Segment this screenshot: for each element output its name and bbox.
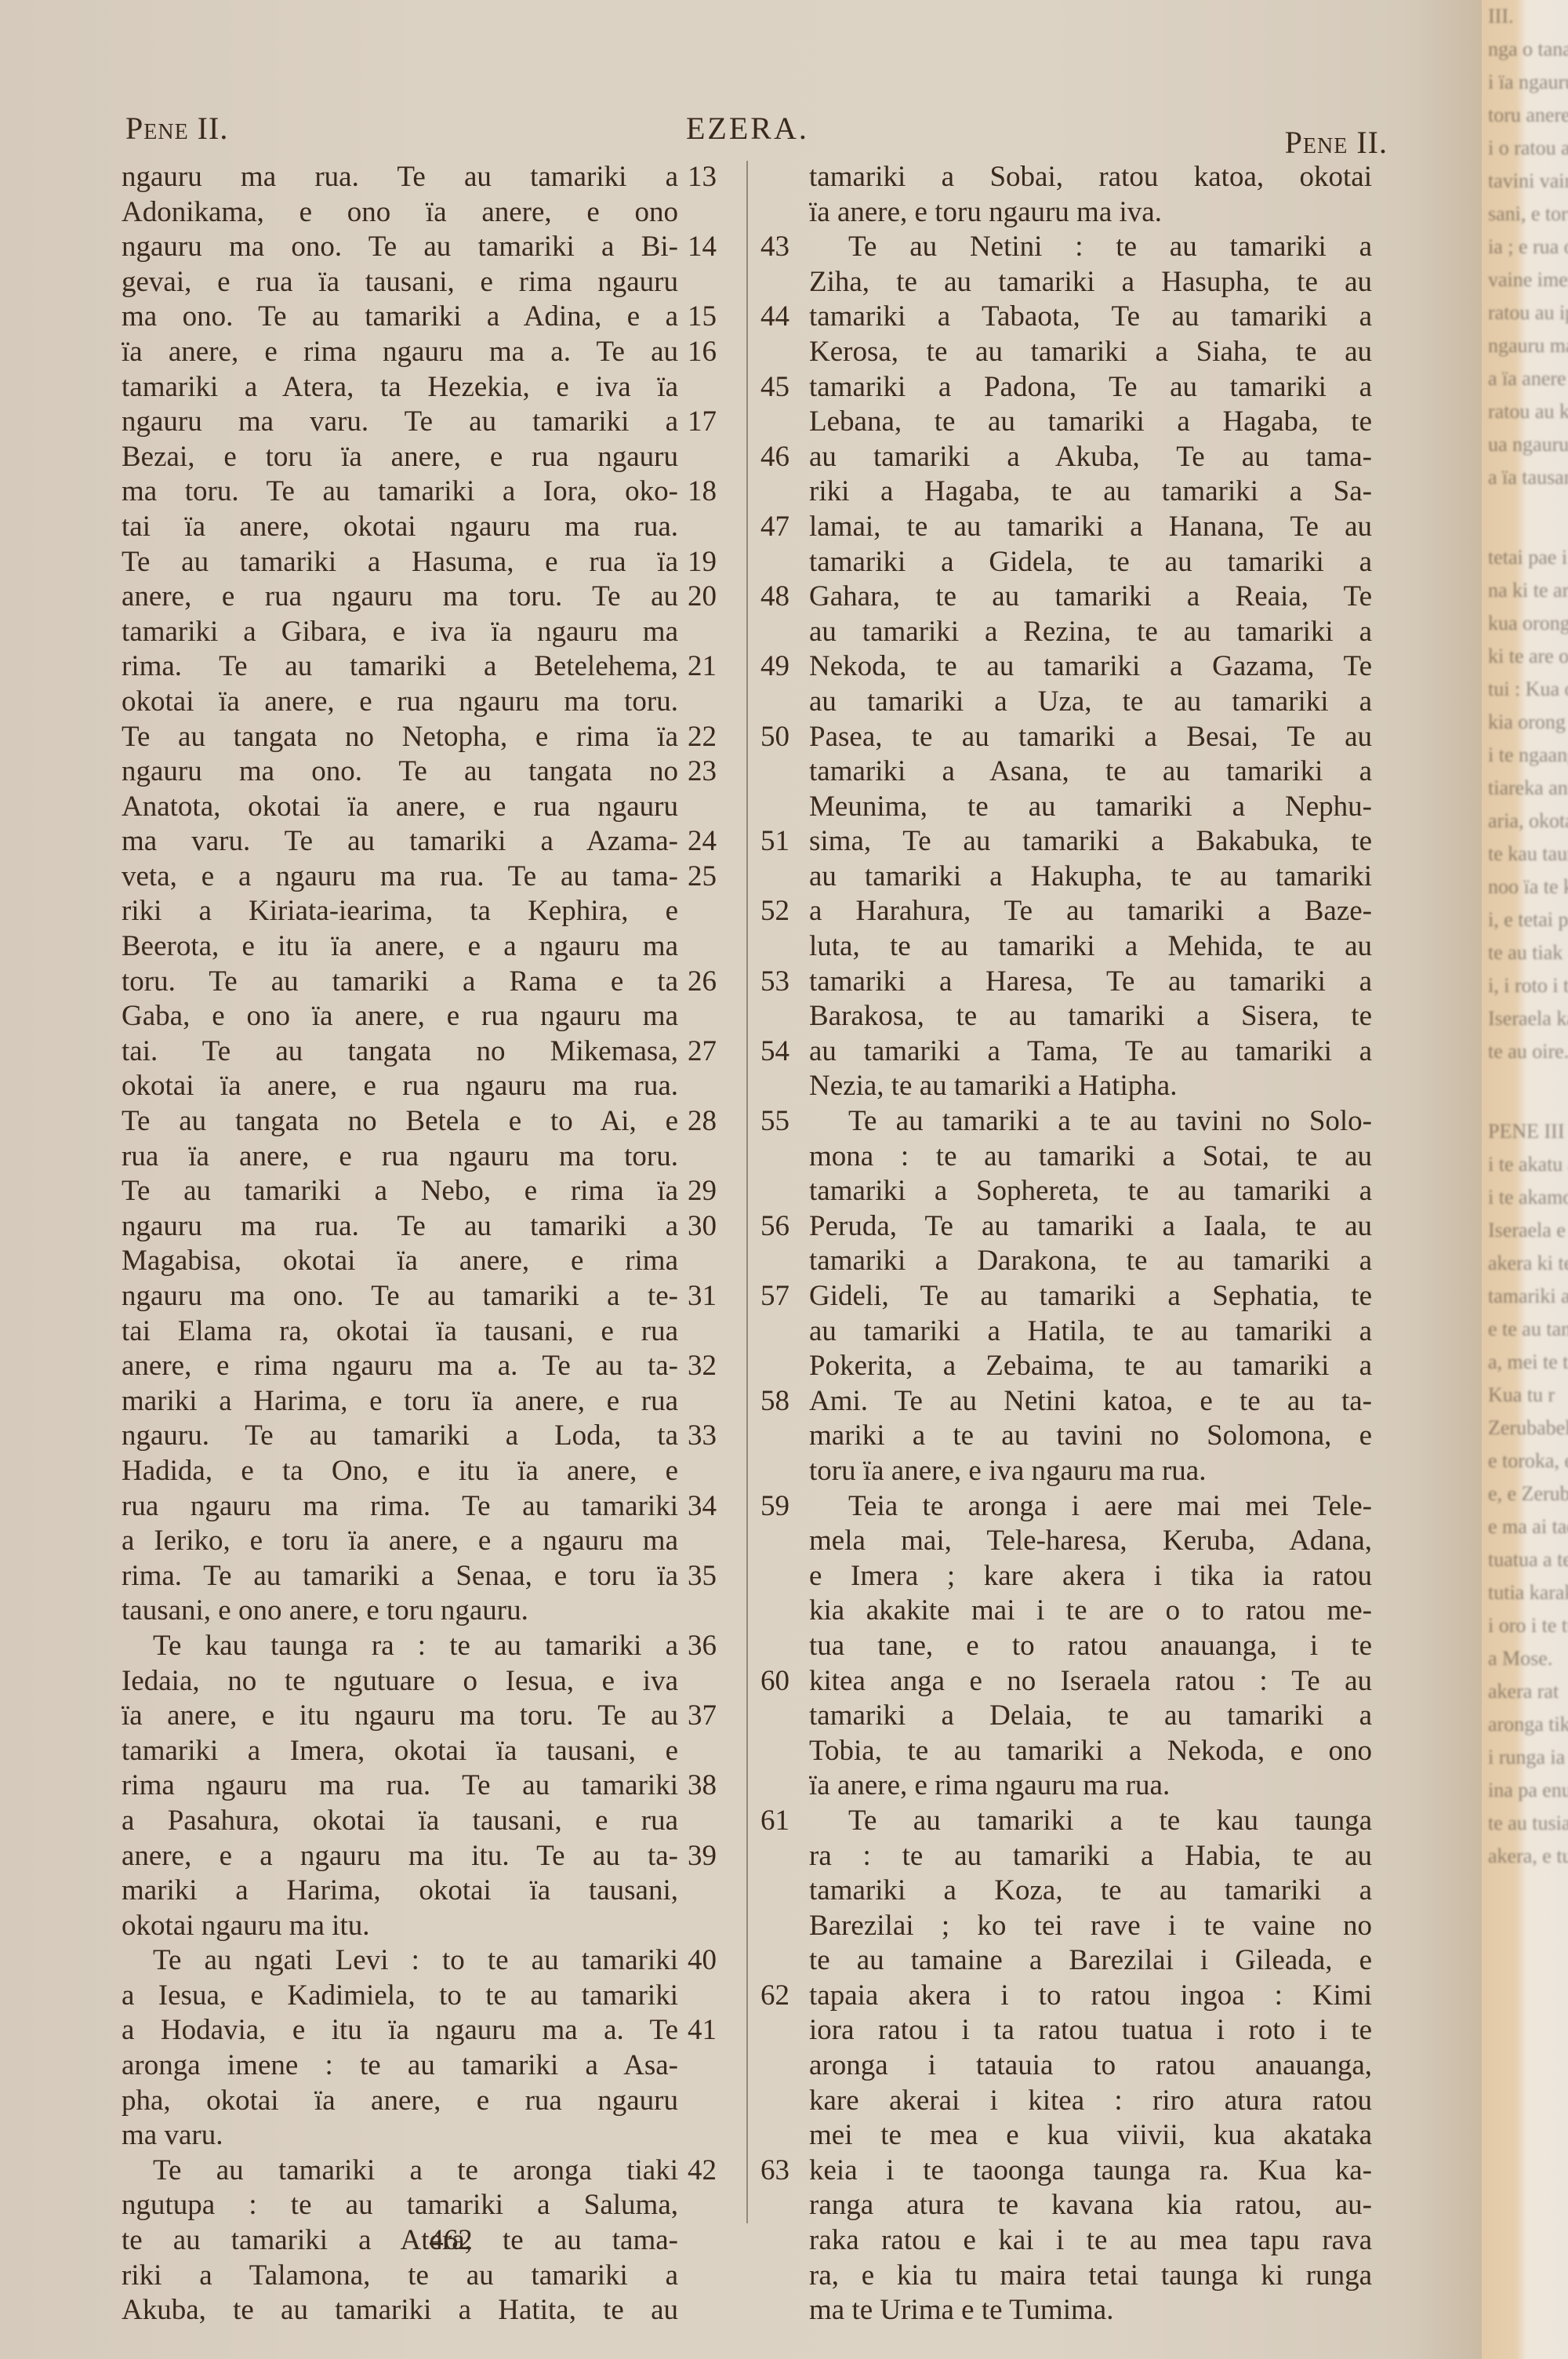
text-line: mariki a te au tavini no Solomona, e bbox=[760, 1419, 1372, 1454]
line-text: aronga i tatauia to ratou anauanga, bbox=[809, 2048, 1372, 2084]
text-line: mela mai, Tele-haresa, Keruba, Adana, bbox=[760, 1524, 1372, 1559]
adjacent-page-fragment: kua oronga bbox=[1488, 607, 1568, 640]
line-text: ngauru ma rua. Te au tamariki a bbox=[122, 1209, 678, 1245]
text-line: ngauru ma ono. Te au tamariki a Bi-14 bbox=[122, 230, 733, 265]
adjacent-page-fragment: i te akatu ang bbox=[1488, 1148, 1568, 1181]
verse-number: 42 bbox=[688, 2154, 735, 2189]
verse-number: 43 bbox=[760, 230, 808, 265]
text-line: au tamariki a Hatila, te au tamariki a bbox=[760, 1314, 1372, 1350]
book-title: EZERA. bbox=[686, 110, 809, 147]
adjacent-page-fragment: sani, e toru an bbox=[1488, 198, 1568, 231]
text-line: tamariki a Darakona, te au tamariki a bbox=[760, 1244, 1372, 1279]
adjacent-page-fragment bbox=[1488, 1068, 1568, 1115]
line-text: ngauru ma ono. Te au tangata no bbox=[122, 754, 678, 790]
verse-number: 52 bbox=[760, 894, 808, 929]
line-text: Te au tamariki a te aronga tiaki bbox=[122, 2154, 678, 2189]
adjacent-page-fragment: akera ki te it bbox=[1488, 1247, 1568, 1280]
text-line: 48Gahara, te au tamariki a Reaia, Te bbox=[760, 580, 1372, 615]
line-text: Te au tamariki a te au tavini no Solo- bbox=[809, 1104, 1372, 1140]
text-line: Akuba, te au tamariki a Hatita, te au bbox=[122, 2293, 733, 2328]
line-text: Bezai, e toru ïa anere, e rua ngauru bbox=[122, 440, 678, 475]
text-line: gevai, e rua ïa tausani, e rima ngauru bbox=[122, 265, 733, 300]
text-line: 58Ami. Te au Netini katoa, e te au ta- bbox=[760, 1384, 1372, 1419]
text-line: tamariki a Gidela, te au tamariki a bbox=[760, 545, 1372, 580]
line-text: Te au tamariki a Hasuma, e rua ïa bbox=[122, 545, 678, 580]
verse-number: 23 bbox=[688, 754, 735, 790]
line-text: a Harahura, Te au tamariki a Baze- bbox=[809, 894, 1372, 929]
line-text: Te au Netini : te au tamariki a bbox=[809, 230, 1372, 265]
text-line: te au tamaine a Barezilai i Gileada, e bbox=[760, 1943, 1372, 1979]
line-text: tamariki a Sophereta, te au tamariki a bbox=[809, 1174, 1372, 1209]
line-text: Hadida, e ta Ono, e itu ïa anere, e bbox=[122, 1454, 678, 1489]
adjacent-page-fragment: kia orong bbox=[1488, 706, 1568, 739]
line-text: Tobia, te au tamariki a Nekoda, e ono bbox=[809, 1734, 1372, 1769]
text-line: tai Elama ra, okotai ïa tausani, e rua bbox=[122, 1314, 733, 1350]
text-line: Ziha, te au tamariki a Hasupha, te au bbox=[760, 265, 1372, 300]
adjacent-page-fragment: vaine imene, i r bbox=[1488, 264, 1568, 296]
text-line: Magabisa, okotai ïa anere, e rima bbox=[122, 1244, 733, 1279]
text-line: anere, e a ngauru ma itu. Te au ta-39 bbox=[122, 1839, 733, 1874]
verse-number: 39 bbox=[688, 1839, 735, 1874]
text-line: ngutupa : te au tamariki a Saluma, bbox=[122, 2188, 733, 2223]
line-text: tamariki a Darakona, te au tamariki a bbox=[809, 1244, 1372, 1279]
line-text: tai. Te au tangata no Mikemasa, bbox=[122, 1034, 678, 1070]
verse-number: 15 bbox=[688, 300, 735, 335]
verse-number: 20 bbox=[688, 580, 735, 615]
line-text: raka ratou e kai i te au mea tapu rava bbox=[809, 2223, 1372, 2259]
line-text: Gaba, e ono ïa anere, e rua ngauru ma bbox=[122, 999, 678, 1034]
adjacent-page-fragment: ina pa enua bbox=[1488, 1774, 1568, 1807]
adjacent-page-fragment: Iseraela e te o bbox=[1488, 1214, 1568, 1247]
text-line: tai. Te au tangata no Mikemasa,27 bbox=[122, 1034, 733, 1070]
line-text: tai Elama ra, okotai ïa tausani, e rua bbox=[122, 1314, 678, 1350]
text-line: aronga imene : te au tamariki a Asa- bbox=[122, 2048, 733, 2084]
verse-number: 44 bbox=[760, 300, 808, 335]
verse-number: 62 bbox=[760, 1979, 808, 2014]
verse-number: 30 bbox=[688, 1209, 735, 1245]
adjacent-page-fragment: noo ïa te kau ta bbox=[1488, 871, 1568, 903]
verse-number: 57 bbox=[760, 1279, 808, 1314]
text-line: Te kau taunga ra : te au tamariki a36 bbox=[122, 1629, 733, 1664]
text-line: mariki a Harima, okotai ïa tausani, bbox=[122, 1874, 733, 1909]
adjacent-page-fragment: e, e Zerubabe bbox=[1488, 1478, 1568, 1510]
text-line: okotai ïa anere, e rua ngauru ma rua. bbox=[122, 1069, 733, 1104]
line-text: a Ieriko, e toru ïa anere, e a ngauru ma bbox=[122, 1524, 678, 1559]
text-line: ma te Urima e te Tumima. bbox=[760, 2293, 1372, 2328]
adjacent-page-fragment: akera rat bbox=[1488, 1675, 1568, 1708]
book-page: Pene II. EZERA. Pene II. ngauru ma rua. … bbox=[0, 0, 1490, 2359]
adjacent-page-fragment: na ki te are bbox=[1488, 574, 1568, 607]
line-text: luta, te au tamariki a Mehida, te au bbox=[809, 929, 1372, 965]
line-text: ïa anere, e rima ngauru ma rua. bbox=[809, 1768, 1372, 1804]
adjacent-page-fragment: ratou au kam bbox=[1488, 395, 1568, 428]
line-text: a Pasahura, okotai ïa tausani, e rua bbox=[122, 1804, 678, 1839]
text-line: ra, e kia tu maira tetai taunga ki runga bbox=[760, 2259, 1372, 2294]
line-text: ïa anere, e itu ngauru ma toru. Te au bbox=[122, 1699, 678, 1734]
chapter-heading-left: Pene II. bbox=[125, 110, 228, 147]
text-line: ma varu. Te au tamariki a Azama-24 bbox=[122, 824, 733, 860]
text-line: 53tamariki a Haresa, Te au tamariki a bbox=[760, 965, 1372, 1000]
text-line: Meunima, te au tamariki a Nephu- bbox=[760, 790, 1372, 825]
line-text: au tamariki a Akuba, Te au tama- bbox=[809, 440, 1372, 475]
text-line: Te au tamariki a Nebo, e rima ïa29 bbox=[122, 1174, 733, 1209]
line-text: Akuba, te au tamariki a Hatita, te au bbox=[122, 2293, 678, 2328]
text-line: raka ratou e kai i te au mea tapu rava bbox=[760, 2223, 1372, 2259]
text-line: 56Peruda, Te au tamariki a Iaala, te au bbox=[760, 1209, 1372, 1245]
adjacent-page-text: III.nga o tana ui ïa ngauru mtoru anere,… bbox=[1488, 0, 1568, 2359]
adjacent-page-fragment: tamariki a I bbox=[1488, 1280, 1568, 1313]
adjacent-page-fragment: ratou au ipo ra, e bbox=[1488, 296, 1568, 329]
text-line: Te au tangata no Netopha, e rima ïa22 bbox=[122, 720, 733, 755]
adjacent-page-fragment: i o ratou au t bbox=[1488, 132, 1568, 165]
adjacent-page-fragment: a, mei te ta bbox=[1488, 1346, 1568, 1379]
text-line: riki a Kiriata-iearima, ta Kephira, e bbox=[122, 894, 733, 929]
line-text: te au tamaine a Barezilai i Gileada, e bbox=[809, 1943, 1372, 1979]
line-text: keia i te taoonga taunga ra. Kua ka- bbox=[809, 2154, 1372, 2189]
text-line: a Iesua, e Kadimiela, to te au tamariki bbox=[122, 1979, 733, 2014]
text-line: Pokerita, a Zebaima, te au tamariki a bbox=[760, 1349, 1372, 1384]
text-line: 47lamai, te au tamariki a Hanana, Te au bbox=[760, 510, 1372, 545]
adjacent-page-fragment: ki te are o te Atua bbox=[1488, 640, 1568, 673]
verse-number: 61 bbox=[760, 1804, 808, 1839]
text-line: riki a Hagaba, te au tamariki a Sa- bbox=[760, 474, 1372, 510]
text-line: 60kitea anga e no Iseraela ratou : Te au bbox=[760, 1664, 1372, 1699]
text-line: tai ïa anere, okotai ngauru ma rua. bbox=[122, 510, 733, 545]
line-text: Pasea, te au tamariki a Besai, Te au bbox=[809, 720, 1372, 755]
line-text: mela mai, Tele-haresa, Keruba, Adana, bbox=[809, 1524, 1372, 1559]
adjacent-page-fragment: tui : Kua orong bbox=[1488, 673, 1568, 706]
text-line: a Pasahura, okotai ïa tausani, e rua bbox=[122, 1804, 733, 1839]
adjacent-page-fragment: a Mose. bbox=[1488, 1642, 1568, 1675]
line-text: tapaia akera i to ratou ingoa : Kimi bbox=[809, 1979, 1372, 2014]
text-line: Tobia, te au tamariki a Nekoda, e ono bbox=[760, 1734, 1372, 1769]
line-text: Barakosa, te au tamariki a Sisera, te bbox=[809, 999, 1372, 1034]
text-line: veta, e a ngauru ma rua. Te au tama-25 bbox=[122, 860, 733, 895]
text-line: rima. Te au tamariki a Betelehema,21 bbox=[122, 649, 733, 685]
text-line: riki a Talamona, te au tamariki a bbox=[122, 2259, 733, 2294]
right-text-column: tamariki a Sobai, ratou katoa, okotaiïa … bbox=[760, 160, 1372, 2328]
adjacent-page-fragment: te kau taunga. bbox=[1488, 838, 1568, 871]
text-line: Te au tangata no Betela e to Ai, e28 bbox=[122, 1104, 733, 1140]
adjacent-page-fragment bbox=[1488, 494, 1568, 541]
text-line: mei te mea e kua viivii, kua akataka bbox=[760, 2118, 1372, 2154]
verse-number: 38 bbox=[688, 1768, 735, 1804]
line-text: Gideli, Te au tamariki a Sephatia, te bbox=[809, 1279, 1372, 1314]
line-text: rima ngauru ma rua. Te au tamariki bbox=[122, 1768, 678, 1804]
verse-number: 31 bbox=[688, 1279, 735, 1314]
text-line: 46au tamariki a Akuba, Te au tama- bbox=[760, 440, 1372, 475]
line-text: kia akakite mai i te are o to ratou me- bbox=[809, 1594, 1372, 1629]
line-text: pha, okotai ïa anere, e rua ngauru bbox=[122, 2084, 678, 2119]
line-text: Lebana, te au tamariki a Hagaba, te bbox=[809, 405, 1372, 440]
verse-number: 13 bbox=[688, 160, 735, 195]
verse-number: 32 bbox=[688, 1349, 735, 1384]
column-divider bbox=[746, 161, 748, 2223]
text-line: rua ïa anere, e rua ngauru ma toru. bbox=[122, 1140, 733, 1175]
text-line: ma ono. Te au tamariki a Adina, e a15 bbox=[122, 300, 733, 335]
text-line: ïa anere, e itu ngauru ma toru. Te au37 bbox=[122, 1699, 733, 1734]
text-line: a Ieriko, e toru ïa anere, e a ngauru ma bbox=[122, 1524, 733, 1559]
text-line: rima ngauru ma rua. Te au tamariki38 bbox=[122, 1768, 733, 1804]
text-line: Anatota, okotai ïa anere, e rua ngauru bbox=[122, 790, 733, 825]
line-text: mei te mea e kua viivii, kua akataka bbox=[809, 2118, 1372, 2154]
line-text: ma ono. Te au tamariki a Adina, e a bbox=[122, 300, 678, 335]
line-text: Ziha, te au tamariki a Hasupha, te au bbox=[809, 265, 1372, 300]
text-line: tamariki a Imera, okotai ïa tausani, e bbox=[122, 1734, 733, 1769]
line-text: tamariki a Asana, te au tamariki a bbox=[809, 754, 1372, 790]
adjacent-page-fragment: ia ; e rua ok bbox=[1488, 231, 1568, 264]
line-text: mariki a Harima, okotai ïa tausani, bbox=[122, 1874, 678, 1909]
text-line: Te au tamariki a te aronga tiaki42 bbox=[122, 2154, 733, 2189]
line-text: ngutupa : te au tamariki a Saluma, bbox=[122, 2188, 678, 2223]
line-text: toru ïa anere, e iva ngauru ma rua. bbox=[809, 1454, 1372, 1489]
text-line: ngauru ma varu. Te au tamariki a17 bbox=[122, 405, 733, 440]
line-text: ma varu. bbox=[122, 2118, 678, 2154]
text-line: okotai ïa anere, e rua ngauru ma toru. bbox=[122, 685, 733, 720]
text-line: tamariki a Gibara, e iva ïa ngauru ma bbox=[122, 615, 733, 650]
text-line: Nezia, te au tamariki a Hatipha. bbox=[760, 1069, 1372, 1104]
text-line: luta, te au tamariki a Mehida, te au bbox=[760, 929, 1372, 965]
text-line: au tamariki a Hakupha, te au tamariki bbox=[760, 860, 1372, 895]
line-text: te au tamariki a Atera, te au tama- bbox=[122, 2223, 678, 2259]
line-text: gevai, e rua ïa tausani, e rima ngauru bbox=[122, 265, 678, 300]
adjacent-page-fragment: tiareka anu bbox=[1488, 772, 1568, 805]
text-line: 43Te au Netini : te au tamariki a bbox=[760, 230, 1372, 265]
line-text: au tamariki a Hakupha, te au tamariki bbox=[809, 860, 1372, 895]
verse-number: 60 bbox=[760, 1664, 808, 1699]
adjacent-page-fragment: toru anere, e o bbox=[1488, 99, 1568, 132]
line-text: ranga atura te kavana kia ratou, au- bbox=[809, 2188, 1372, 2223]
verse-number: 19 bbox=[688, 545, 735, 580]
line-text: e Imera ; kare akera i tika ia ratou bbox=[809, 1559, 1372, 1594]
line-text: Iedaia, no te ngutuare o Iesua, e iva bbox=[122, 1664, 678, 1699]
adjacent-page-fragment: e ma ai taeal bbox=[1488, 1510, 1568, 1543]
line-text: mariki a te au tavini no Solomona, e bbox=[809, 1419, 1372, 1454]
line-text: Magabisa, okotai ïa anere, e rima bbox=[122, 1244, 678, 1279]
verse-number: 26 bbox=[688, 965, 735, 1000]
text-line: aronga i tatauia to ratou anauanga, bbox=[760, 2048, 1372, 2084]
adjacent-page-fragment: i, e tetai pae bbox=[1488, 903, 1568, 936]
text-line: Beerota, e itu ïa anere, e a ngauru ma bbox=[122, 929, 733, 965]
text-line: tamariki a Koza, te au tamariki a bbox=[760, 1874, 1372, 1909]
line-text: ngauru ma ono. Te au tamariki a Bi- bbox=[122, 230, 678, 265]
text-line: Iedaia, no te ngutuare o Iesua, e iva bbox=[122, 1664, 733, 1699]
line-text: tamariki a Padona, Te au tamariki a bbox=[809, 370, 1372, 405]
verse-number: 45 bbox=[760, 370, 808, 405]
left-text-column: ngauru ma rua. Te au tamariki a13Adonika… bbox=[122, 160, 733, 2328]
line-text: ngauru ma varu. Te au tamariki a bbox=[122, 405, 678, 440]
line-text: ngauru ma rua. Te au tamariki a bbox=[122, 160, 678, 195]
text-line: au tamariki a Rezina, te au tamariki a bbox=[760, 615, 1372, 650]
adjacent-page-fragment: ua ngauru ma bbox=[1488, 428, 1568, 461]
line-text: toru. Te au tamariki a Rama e ta bbox=[122, 965, 678, 1000]
text-line: iora ratou i ta ratou tuatua i roto i te bbox=[760, 2013, 1372, 2048]
text-line: rima. Te au tamariki a Senaa, e toru ïa3… bbox=[122, 1559, 733, 1594]
text-line: Kerosa, te au tamariki a Siaha, te au bbox=[760, 335, 1372, 370]
text-line: Barezilai ; ko tei rave i te vaine no bbox=[760, 1909, 1372, 1944]
text-line: ïa anere, e rima ngauru ma rua. bbox=[760, 1768, 1372, 1804]
text-line: tamariki a Atera, ta Hezekia, e iva ïa bbox=[122, 370, 733, 405]
line-text: Te au tamariki a te kau taunga bbox=[809, 1804, 1372, 1839]
adjacent-page-fragment: e te au tangat bbox=[1488, 1313, 1568, 1346]
running-head: Pene II. EZERA. Pene II. bbox=[125, 110, 1388, 157]
line-text: a Iesua, e Kadimiela, to te au tamariki bbox=[122, 1979, 678, 2014]
text-line: Te au tamariki a Hasuma, e rua ïa19 bbox=[122, 545, 733, 580]
line-text: Adonikama, e ono ïa anere, e ono bbox=[122, 195, 678, 231]
adjacent-page-fragment: aria, okotai bbox=[1488, 805, 1568, 838]
adjacent-page-fragment: i oro i te tur bbox=[1488, 1609, 1568, 1642]
adjacent-page-fragment: i te akamou a bbox=[1488, 1181, 1568, 1214]
text-line: 57Gideli, Te au tamariki a Sephatia, te bbox=[760, 1279, 1372, 1314]
verse-number: 41 bbox=[688, 2013, 735, 2048]
text-line: 55Te au tamariki a te au tavini no Solo- bbox=[760, 1104, 1372, 1140]
line-text: aronga imene : te au tamariki a Asa- bbox=[122, 2048, 678, 2084]
verse-number: 50 bbox=[760, 720, 808, 755]
text-line: 62tapaia akera i to ratou ingoa : Kimi bbox=[760, 1979, 1372, 2014]
verse-number: 58 bbox=[760, 1384, 808, 1419]
adjacent-page-fragment: Kua tu r bbox=[1488, 1379, 1568, 1412]
line-text: Gahara, te au tamariki a Reaia, Te bbox=[809, 580, 1372, 615]
line-text: au tamariki a Hatila, te au tamariki a bbox=[809, 1314, 1372, 1350]
verse-number: 28 bbox=[688, 1104, 735, 1140]
verse-number: 18 bbox=[688, 474, 735, 510]
text-line: tamariki a Sobai, ratou katoa, okotai bbox=[760, 160, 1372, 195]
verse-number: 46 bbox=[760, 440, 808, 475]
line-text: ma varu. Te au tamariki a Azama- bbox=[122, 824, 678, 860]
line-text: tamariki a Delaia, te au tamariki a bbox=[809, 1699, 1372, 1734]
adjacent-page-fragment: Zerubabel bbox=[1488, 1412, 1568, 1445]
line-text: ra : te au tamariki a Habia, te au bbox=[809, 1839, 1372, 1874]
line-text: mona : te au tamariki a Sotai, te au bbox=[809, 1140, 1372, 1175]
adjacent-page-fragment: aronga tika bbox=[1488, 1708, 1568, 1741]
line-text: ngauru. Te au tamariki a Loda, ta bbox=[122, 1419, 678, 1454]
text-line: ngauru ma ono. Te au tangata no23 bbox=[122, 754, 733, 790]
verse-number: 22 bbox=[688, 720, 735, 755]
text-line: 45tamariki a Padona, Te au tamariki a bbox=[760, 370, 1372, 405]
verse-number: 27 bbox=[688, 1034, 735, 1070]
verse-number: 53 bbox=[760, 965, 808, 1000]
line-text: okotai ïa anere, e rua ngauru ma rua. bbox=[122, 1069, 678, 1104]
line-text: Nekoda, te au tamariki a Gazama, Te bbox=[809, 649, 1372, 685]
line-text: Anatota, okotai ïa anere, e rua ngauru bbox=[122, 790, 678, 825]
verse-number: 33 bbox=[688, 1419, 735, 1454]
line-text: tamariki a Gidela, te au tamariki a bbox=[809, 545, 1372, 580]
text-line: anere, e rima ngauru ma a. Te au ta-32 bbox=[122, 1349, 733, 1384]
text-line: tausani, e ono anere, e toru ngauru. bbox=[122, 1594, 733, 1629]
text-line: ngauru ma rua. Te au tamariki a13 bbox=[122, 160, 733, 195]
adjacent-page-edge: III.nga o tana ui ïa ngauru mtoru anere,… bbox=[1482, 0, 1568, 2359]
text-line: ngauru. Te au tamariki a Loda, ta33 bbox=[122, 1419, 733, 1454]
verse-number: 63 bbox=[760, 2154, 808, 2189]
line-text: kitea anga e no Iseraela ratou : Te au bbox=[809, 1664, 1372, 1699]
text-line: mona : te au tamariki a Sotai, te au bbox=[760, 1140, 1372, 1175]
line-text: ra, e kia tu maira tetai taunga ki runga bbox=[809, 2259, 1372, 2294]
text-line: toru ïa anere, e iva ngauru ma rua. bbox=[760, 1454, 1372, 1489]
text-line: 61Te au tamariki a te kau taunga bbox=[760, 1804, 1372, 1839]
text-line: kia akakite mai i te are o to ratou me- bbox=[760, 1594, 1372, 1629]
verse-number: 25 bbox=[688, 860, 735, 895]
text-line: a Hodavia, e itu ïa ngauru ma a. Te41 bbox=[122, 2013, 733, 2048]
adjacent-page-fragment: i, i roto i to bbox=[1488, 969, 1568, 1002]
line-text: Ami. Te au Netini katoa, e te au ta- bbox=[809, 1384, 1372, 1419]
text-line: kare akerai i kitea : riro atura ratou bbox=[760, 2084, 1372, 2119]
line-text: sima, Te au tamariki a Bakabuka, te bbox=[809, 824, 1372, 860]
verse-number: 36 bbox=[688, 1629, 735, 1664]
adjacent-page-fragment: PENE III bbox=[1488, 1115, 1568, 1148]
adjacent-page-fragment: nga o tana u bbox=[1488, 33, 1568, 66]
text-line: ngauru ma rua. Te au tamariki a30 bbox=[122, 1209, 733, 1245]
line-text: Te au tangata no Netopha, e rima ïa bbox=[122, 720, 678, 755]
text-line: au tamariki a Uza, te au tamariki a bbox=[760, 685, 1372, 720]
line-text: anere, e rua ngauru ma toru. Te au bbox=[122, 580, 678, 615]
line-text: tamariki a Gibara, e iva ïa ngauru ma bbox=[122, 615, 678, 650]
line-text: tamariki a Tabaota, Te au tamariki a bbox=[809, 300, 1372, 335]
line-text: au tamariki a Rezina, te au tamariki a bbox=[809, 615, 1372, 650]
text-line: mariki a Harima, e toru ïa anere, e rua bbox=[122, 1384, 733, 1419]
line-text: rua ngauru ma rima. Te au tamariki bbox=[122, 1489, 678, 1525]
line-text: Peruda, Te au tamariki a Iaala, te au bbox=[809, 1209, 1372, 1245]
text-line: Gaba, e ono ïa anere, e rua ngauru ma bbox=[122, 999, 733, 1034]
verse-number: 59 bbox=[760, 1489, 808, 1525]
line-text: Pokerita, a Zebaima, te au tamariki a bbox=[809, 1349, 1372, 1384]
text-line: ïa anere, e toru ngauru ma iva. bbox=[760, 195, 1372, 231]
text-line: 59Teia te aronga i aere mai mei Tele- bbox=[760, 1489, 1372, 1525]
line-text: ma toru. Te au tamariki a Iora, oko- bbox=[122, 474, 678, 510]
adjacent-page-fragment: te au tiak bbox=[1488, 936, 1568, 969]
text-line: Hadida, e ta Ono, e itu ïa anere, e bbox=[122, 1454, 733, 1489]
line-text: ïa anere, e rima ngauru ma a. Te au bbox=[122, 335, 678, 370]
verse-number: 17 bbox=[688, 405, 735, 440]
text-line: e Imera ; kare akera i tika ia ratou bbox=[760, 1559, 1372, 1594]
adjacent-page-fragment: tavini vaine, bbox=[1488, 165, 1568, 198]
line-text: rua ïa anere, e rua ngauru ma toru. bbox=[122, 1140, 678, 1175]
text-line: Lebana, te au tamariki a Hagaba, te bbox=[760, 405, 1372, 440]
verse-number: 29 bbox=[688, 1174, 735, 1209]
verse-number: 54 bbox=[760, 1034, 808, 1070]
line-text: tamariki a Sobai, ratou katoa, okotai bbox=[809, 160, 1372, 195]
text-line: ra : te au tamariki a Habia, te au bbox=[760, 1839, 1372, 1874]
line-text: tamariki a Imera, okotai ïa tausani, e bbox=[122, 1734, 678, 1769]
adjacent-page-fragment: i runga ia bbox=[1488, 1741, 1568, 1774]
line-text: tamariki a Atera, ta Hezekia, e iva ïa bbox=[122, 370, 678, 405]
line-text: Kerosa, te au tamariki a Siaha, te au bbox=[809, 335, 1372, 370]
adjacent-page-fragment: a ïa tausani, e bbox=[1488, 461, 1568, 494]
line-text: au tamariki a Uza, te au tamariki a bbox=[809, 685, 1372, 720]
text-line: toru. Te au tamariki a Rama e ta26 bbox=[122, 965, 733, 1000]
line-text: okotai ngauru ma itu. bbox=[122, 1909, 678, 1944]
line-text: okotai ïa anere, e rua ngauru ma toru. bbox=[122, 685, 678, 720]
text-line: 63keia i te taoonga taunga ra. Kua ka- bbox=[760, 2154, 1372, 2189]
adjacent-page-fragment: tutia karakar bbox=[1488, 1576, 1568, 1609]
chapter-heading-right: Pene II. bbox=[1285, 124, 1388, 161]
text-line: tamariki a Delaia, te au tamariki a bbox=[760, 1699, 1372, 1734]
text-line: 51sima, Te au tamariki a Bakabuka, te bbox=[760, 824, 1372, 860]
adjacent-page-fragment: i ïa ngauru m bbox=[1488, 66, 1568, 99]
line-text: anere, e rima ngauru ma a. Te au ta- bbox=[122, 1349, 678, 1384]
text-line: 50Pasea, te au tamariki a Besai, Te au bbox=[760, 720, 1372, 755]
adjacent-page-fragment: tetai pae i bbox=[1488, 541, 1568, 574]
line-text: tamariki a Haresa, Te au tamariki a bbox=[809, 965, 1372, 1000]
line-text: tausani, e ono anere, e toru ngauru. bbox=[122, 1594, 678, 1629]
line-text: Nezia, te au tamariki a Hatipha. bbox=[809, 1069, 1372, 1104]
text-line: ngauru ma ono. Te au tamariki a te-31 bbox=[122, 1279, 733, 1314]
line-text: tua tane, e to ratou anauanga, i te bbox=[809, 1629, 1372, 1664]
line-text: a Hodavia, e itu ïa ngauru ma a. Te bbox=[122, 2013, 678, 2048]
verse-number: 16 bbox=[688, 335, 735, 370]
adjacent-page-fragment: akera, e tusia bbox=[1488, 1840, 1568, 1873]
line-text: au tamariki a Tama, Te au tamariki a bbox=[809, 1034, 1372, 1070]
text-line: Adonikama, e ono ïa anere, e ono bbox=[122, 195, 733, 231]
